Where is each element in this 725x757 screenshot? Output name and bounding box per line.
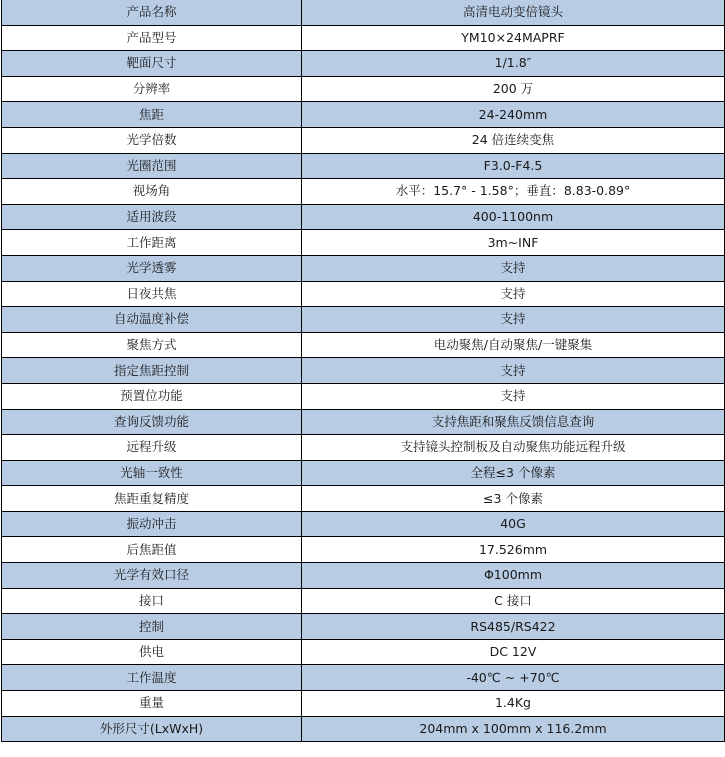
spec-label: 后焦距值 — [2, 537, 302, 563]
spec-value: 1.4Kg — [302, 691, 725, 717]
spec-value: F3.0-F4.5 — [302, 153, 725, 179]
spec-label: 产品名称 — [2, 0, 302, 25]
spec-value: ≤3 个像素 — [302, 486, 725, 512]
spec-row-power: 供电 DC 12V — [2, 639, 725, 665]
spec-value: 24 倍连续变焦 — [302, 127, 725, 153]
spec-label: 外形尺寸(LxWxH) — [2, 716, 302, 742]
spec-row-control: 控制 RS485/RS422 — [2, 614, 725, 640]
spec-value: 支持焦距和聚焦反馈信息查询 — [302, 409, 725, 435]
spec-row-back-focal: 后焦距值 17.526mm — [2, 537, 725, 563]
spec-row-field-of-view: 视场角 水平：15.7° - 1.58°；垂直：8.83-0.89° — [2, 179, 725, 205]
spec-label: 焦距 — [2, 102, 302, 128]
spec-row-mount: 接口 C 接口 — [2, 588, 725, 614]
spec-value: 400-1100nm — [302, 204, 725, 230]
spec-label: 预置位功能 — [2, 383, 302, 409]
spec-label: 日夜共焦 — [2, 281, 302, 307]
spec-value: 3m~INF — [302, 230, 725, 256]
spec-label: 工作距离 — [2, 230, 302, 256]
spec-label: 视场角 — [2, 179, 302, 205]
spec-row-dimensions: 外形尺寸(LxWxH) 204mm x 100mm x 116.2mm — [2, 716, 725, 742]
spec-row-temp-compensation: 自动温度补偿 支持 — [2, 307, 725, 333]
spec-value: DC 12V — [302, 639, 725, 665]
spec-label: 聚焦方式 — [2, 332, 302, 358]
spec-label: 工作温度 — [2, 665, 302, 691]
spec-row-sensor-size: 靶面尺寸 1/1.8″ — [2, 51, 725, 77]
spec-row-focus-mode: 聚焦方式 电动聚焦/自动聚焦/一键聚集 — [2, 332, 725, 358]
spec-label: 光圈范围 — [2, 153, 302, 179]
spec-row-aperture: 光圈范围 F3.0-F4.5 — [2, 153, 725, 179]
spec-value: 高清电动变倍镜头 — [302, 0, 725, 25]
spec-label: 控制 — [2, 614, 302, 640]
spec-value: 电动聚焦/自动聚焦/一键聚集 — [302, 332, 725, 358]
spec-row-vibration-shock: 振动冲击 40G — [2, 511, 725, 537]
spec-label: 分辨率 — [2, 76, 302, 102]
spec-row-weight: 重量 1.4Kg — [2, 691, 725, 717]
spec-row-query-feedback: 查询反馈功能 支持焦距和聚焦反馈信息查询 — [2, 409, 725, 435]
spec-value: 24-240mm — [302, 102, 725, 128]
spec-label: 产品型号 — [2, 25, 302, 51]
spec-label: 光学有效口径 — [2, 563, 302, 589]
spec-value: 204mm x 100mm x 116.2mm — [302, 716, 725, 742]
spec-row-working-distance: 工作距离 3m~INF — [2, 230, 725, 256]
spec-label: 适用波段 — [2, 204, 302, 230]
spec-value: 40G — [302, 511, 725, 537]
spec-row-product-name: 产品名称 高清电动变倍镜头 — [2, 0, 725, 25]
spec-label: 指定焦距控制 — [2, 358, 302, 384]
spec-value: C 接口 — [302, 588, 725, 614]
spec-value: 支持 — [302, 255, 725, 281]
spec-row-operating-temp: 工作温度 -40℃ ~ +70℃ — [2, 665, 725, 691]
spec-row-optical-zoom: 光学倍数 24 倍连续变焦 — [2, 127, 725, 153]
spec-value: 水平：15.7° - 1.58°；垂直：8.83-0.89° — [302, 179, 725, 205]
spec-row-product-model: 产品型号 YM10×24MAPRF — [2, 25, 725, 51]
spec-row-focal-repeatability: 焦距重复精度 ≤3 个像素 — [2, 486, 725, 512]
spec-value: 17.526mm — [302, 537, 725, 563]
spec-value: 支持镜头控制板及自动聚焦功能远程升级 — [302, 435, 725, 461]
spec-label: 焦距重复精度 — [2, 486, 302, 512]
spec-table-body: 产品名称 高清电动变倍镜头 产品型号 YM10×24MAPRF 靶面尺寸 1/1… — [2, 0, 725, 742]
spec-row-focal-length: 焦距 24-240mm — [2, 102, 725, 128]
spec-label: 远程升级 — [2, 435, 302, 461]
spec-row-focal-control: 指定焦距控制 支持 — [2, 358, 725, 384]
spec-table: 产品名称 高清电动变倍镜头 产品型号 YM10×24MAPRF 靶面尺寸 1/1… — [1, 0, 725, 742]
spec-value: 200 万 — [302, 76, 725, 102]
spec-value: YM10×24MAPRF — [302, 25, 725, 51]
spec-row-remote-upgrade: 远程升级 支持镜头控制板及自动聚焦功能远程升级 — [2, 435, 725, 461]
spec-label: 查询反馈功能 — [2, 409, 302, 435]
spec-value: 支持 — [302, 281, 725, 307]
spec-label: 靶面尺寸 — [2, 51, 302, 77]
spec-value: RS485/RS422 — [302, 614, 725, 640]
spec-row-day-night-confocal: 日夜共焦 支持 — [2, 281, 725, 307]
spec-label: 接口 — [2, 588, 302, 614]
spec-value: 全程≤3 个像素 — [302, 460, 725, 486]
spec-label: 光轴一致性 — [2, 460, 302, 486]
spec-value: 1/1.8″ — [302, 51, 725, 77]
spec-value: 支持 — [302, 383, 725, 409]
spec-value: Φ100mm — [302, 563, 725, 589]
spec-row-wavelength: 适用波段 400-1100nm — [2, 204, 725, 230]
spec-row-effective-aperture: 光学有效口径 Φ100mm — [2, 563, 725, 589]
spec-value: 支持 — [302, 358, 725, 384]
spec-label: 光学透雾 — [2, 255, 302, 281]
spec-row-resolution: 分辨率 200 万 — [2, 76, 725, 102]
spec-label: 重量 — [2, 691, 302, 717]
spec-label: 光学倍数 — [2, 127, 302, 153]
spec-row-preset: 预置位功能 支持 — [2, 383, 725, 409]
spec-label: 供电 — [2, 639, 302, 665]
spec-row-optical-defog: 光学透雾 支持 — [2, 255, 725, 281]
spec-row-axis-consistency: 光轴一致性 全程≤3 个像素 — [2, 460, 725, 486]
spec-value: -40℃ ~ +70℃ — [302, 665, 725, 691]
spec-label: 自动温度补偿 — [2, 307, 302, 333]
spec-label: 振动冲击 — [2, 511, 302, 537]
spec-value: 支持 — [302, 307, 725, 333]
